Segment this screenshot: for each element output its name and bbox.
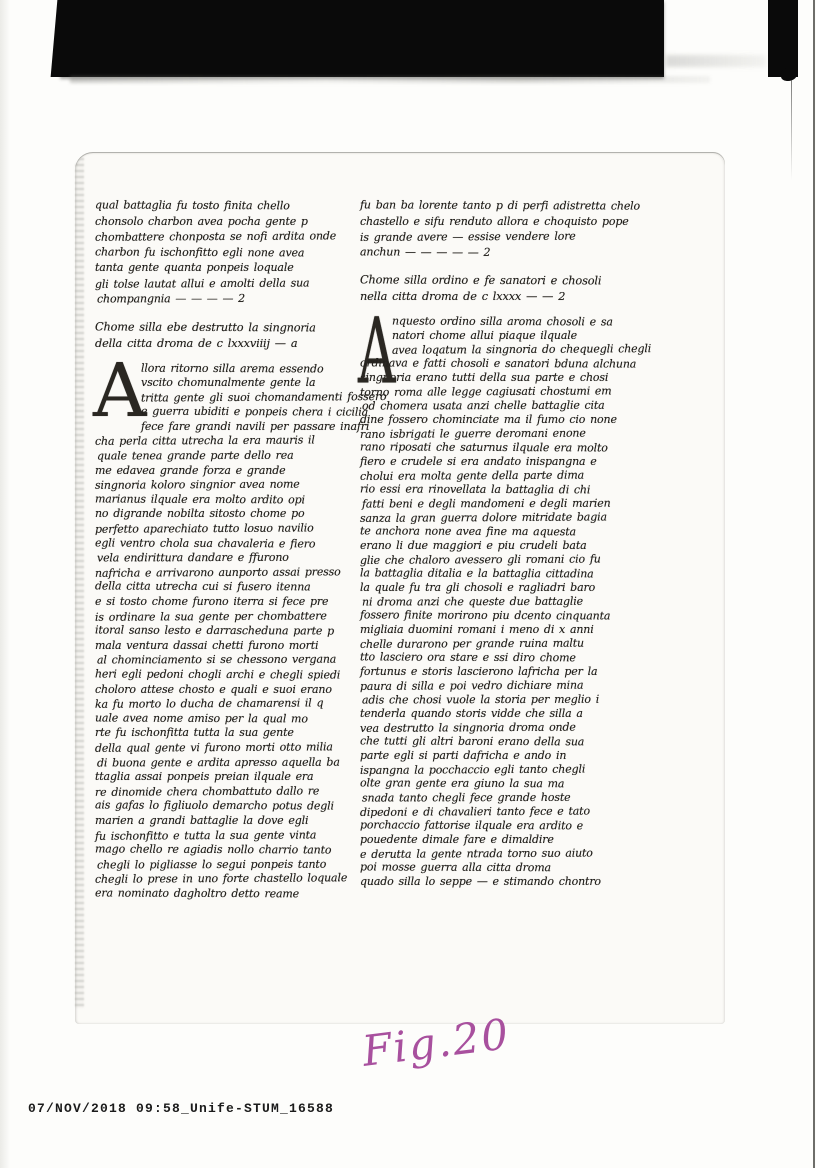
rubric-line: nella citta droma de c lxxxx — — 2 (360, 289, 660, 305)
manuscript-line: chompangnia — — — — 2 (97, 291, 355, 307)
manuscript-line: heri egli pedoni chogli archi e chegli s… (95, 667, 353, 683)
rubric-line: Chome silla ebe destrutto la singnoria (95, 319, 353, 336)
scanned-document-page: 204 qual battaglia fu tosto finita chell… (0, 0, 816, 1168)
scan-left-edge-shade (0, 0, 10, 1168)
manuscript-line: marianus ilquale era molto ardito opi (95, 492, 353, 508)
manuscript-line: chegli lo pigliasse lo segui ponpeis tan… (97, 857, 355, 872)
scanner-smear (70, 76, 710, 83)
scanner-ink-blob (781, 68, 797, 81)
manuscript-line: gli tolse lautat allui e amolti della su… (95, 275, 353, 292)
scan-timestamp: 07/NOV/2018 09:58_Unife-STUM_16588 (28, 1101, 334, 1116)
manuscript-line: rano riposati che saturnus ilquale era m… (360, 440, 660, 455)
manuscript-line: charbon fu ischonfitto egli none avea (95, 244, 353, 261)
manuscript-line: quale tenea grande parte dello rea (97, 449, 355, 464)
manuscript-line: vea destrutto la singnoria droma onde (360, 720, 660, 736)
manuscript-line: al chominciamento si se chessono vergana (97, 653, 355, 668)
manuscript-line: is grande avere — essise vendere lore (360, 228, 660, 245)
rubric-line: Chome silla ordino e fe sanatori e choso… (360, 272, 660, 289)
manuscript-line: fu ban ba lorente tanto p di perfi adist… (360, 197, 660, 214)
manuscript-line: singnoria erano tutti della sua parte e … (360, 371, 660, 385)
manuscript-line: olte gran gente era giuno la sua ma (360, 776, 660, 791)
manuscript-line: marien a grandi battaglie la dove egli (95, 814, 353, 829)
manuscript-line: egli ventro chola sua chavaleria e fiero (95, 536, 353, 552)
manuscript-line: perfetto aparechiato tutto losuo navilio (95, 521, 353, 537)
manuscript-line: la battaglia ditalia e la battaglia citt… (360, 566, 660, 581)
manuscript-line: nquesto ordino silla aroma chosoli e sa (360, 314, 660, 329)
manuscript-line: mala ventura dassai chetti furono morti (95, 639, 353, 654)
manuscript-line: fortunus e storis lascierono lafricha pe… (360, 665, 660, 679)
manuscript-line: od chomera usata anzi chelle battaglie c… (362, 398, 662, 413)
manuscript-line: ka fu morto lo ducha de chamarensi il q (95, 696, 353, 712)
manuscript-line: anchun — — — — — 2 (360, 244, 660, 261)
manuscript-line: tenderla quando storis vidde che silla a (360, 707, 660, 721)
manuscript-line: erano li due maggiori e piu crudeli bata (360, 539, 660, 553)
manuscript-line: dine fossero chominciate ma il fumo cio … (360, 413, 660, 427)
scanner-smudge (666, 55, 766, 67)
manuscript-line: la quale fu tra gli chosoli e ragliadri … (360, 581, 660, 595)
manuscript-line: cha perla citta utrecha la era mauris il (95, 434, 353, 450)
manuscript-line: che tutti gli altri baroni erano della s… (360, 734, 660, 749)
manuscript-line: choloro attese chosto e quali e suoi era… (95, 683, 353, 698)
manuscript-line: paura di silla e poi vedro dichiare mina (360, 678, 660, 694)
manuscript-line: fossero finite morirono piu dcento cinqu… (360, 608, 660, 623)
manuscript-line: llora ritorno silla arema essendo (95, 361, 353, 377)
manuscript-column-left: qual battaglia fu tosto finita chellocho… (95, 198, 353, 901)
page-gutter-shadow (75, 158, 84, 1008)
manuscript-line: mago chello re agiadis nollo charrio tan… (95, 843, 353, 859)
manuscript-line: cholui era molta gente della parte dima (360, 468, 660, 484)
manuscript-line: glie che chaloro avessero gli romani cio… (360, 552, 660, 568)
left-body-lines: llora ritorno silla arema essendovscito … (95, 362, 353, 902)
scanner-black-block (768, 0, 798, 77)
manuscript-line: tto lasciero ora stare e ssi diro chome (360, 650, 660, 665)
manuscript-line: fatti beni e degli mandomeni e degli mar… (362, 496, 662, 511)
manuscript-line: chelle durarono per grande ruina maltu (360, 636, 660, 652)
manuscript-line: qual battaglia fu tosto finita chello (95, 197, 353, 214)
manuscript-line: rano isbrigati le guerre deromani enone (360, 426, 660, 442)
manuscript-line: fiero e crudele si era andato inispangna… (360, 455, 660, 469)
manuscript-line: uale avea nome amiso per la qual mo (95, 711, 353, 727)
manuscript-line: ni droma anzi che queste due battaglie (362, 594, 662, 609)
manuscript-line: e guerra ubiditi e ponpeis chera i cicil… (95, 405, 353, 421)
manuscript-line: chegli lo prese in uno forte chastello l… (95, 871, 353, 887)
manuscript-line: tanta gente quanta ponpeis loquale (95, 260, 353, 276)
manuscript-line: avea loqatum la singnoria do chequegli c… (360, 342, 660, 358)
manuscript-line: snada tanto chegli fece grande hoste (362, 790, 662, 805)
manuscript-line: parte egli si parti dafricha e ando in (360, 749, 660, 763)
manuscript-line: sanza la gran guerra dolore mitridate ba… (360, 510, 660, 526)
manuscript-line: rio essi era rinovellata la battaglia di… (360, 482, 660, 497)
manuscript-line: era nominato dagholtro detto reame (95, 886, 353, 902)
manuscript-line: singnoria koloro singnior avea nome (95, 477, 353, 493)
manuscript-line: torno roma alle legge cagiusati chostumi… (360, 384, 660, 400)
manuscript-page: qual battaglia fu tosto finita chellocho… (75, 152, 725, 1024)
manuscript-line: rte fu ischonfitta tutta la sua gente (95, 726, 353, 741)
manuscript-line: migliaia duomini romani i meno di x anni (360, 623, 660, 637)
manuscript-line: dipedoni e di chavalieri tanto fece e ta… (360, 804, 660, 820)
manuscript-line: chombattere chonposta se nofi ardita ond… (95, 228, 353, 245)
right-chapter-rubric: Chome silla ordino e fe sanatori e choso… (360, 273, 660, 305)
manuscript-line: chastello e sifu renduto allora e choqui… (360, 214, 660, 230)
manuscript-line: della qual gente vi furono morti otto mi… (95, 740, 353, 756)
manuscript-line: fu ischonfitto e tutta la sua gente vint… (95, 828, 353, 844)
scanner-thread-line (791, 80, 792, 180)
left-chapter-body: A llora ritorno silla arema essendovscit… (95, 362, 353, 902)
manuscript-line: te anchora none avea fine ma aquesta (360, 524, 660, 539)
manuscript-line: quado silla lo seppe — e stimando chontr… (360, 875, 660, 889)
manuscript-line: itoral sanso lesto e darrascheduna parte… (95, 624, 353, 640)
manuscript-line: e si tosto chome furono iterra si fece p… (95, 595, 353, 610)
manuscript-line: chonsolo charbon avea pocha gente p (95, 214, 353, 230)
left-chapter-rubric: Chome silla ebe destrutto la singnoriade… (95, 320, 353, 352)
right-closing-paragraph: fu ban ba lorente tanto p di perfi adist… (360, 198, 660, 260)
manuscript-line: e derutta la gente ntrada torno suo aiut… (360, 846, 660, 862)
manuscript-line: is ordinare la sua gente per chombattere (95, 609, 353, 625)
manuscript-line: me edavea grande forza e grande (95, 464, 353, 479)
manuscript-line: ais gafas lo figliuolo demarcho potus de… (95, 799, 353, 815)
manuscript-line: della citta utrecha cui si fusero itenna (95, 580, 353, 596)
right-body-lines: nquesto ordino silla aroma chosoli e san… (360, 315, 660, 889)
manuscript-line: adis che chosi vuole la storia per megli… (362, 692, 662, 707)
manuscript-line: ttaglia assai ponpeis preian ilquale era (95, 770, 353, 785)
manuscript-line: poi mosse guerra alla citta droma (360, 860, 660, 875)
manuscript-column-right: fu ban ba lorente tanto p di perfi adist… (360, 198, 660, 889)
scan-right-edge-line (813, 0, 815, 1168)
manuscript-line: no digrande nobilta sitosto chome po (95, 507, 353, 522)
manuscript-line: natori chome allui piaque ilquale (360, 329, 660, 343)
manuscript-line: ordinava e fatti chosoli e sanatori bdun… (360, 356, 660, 371)
manuscript-line: di buona gente e ardita apresso aquella … (97, 755, 355, 770)
manuscript-line: ispangna la pocchaccio egli tanto chegli (360, 762, 660, 778)
right-chapter-body: A nquesto ordino silla aroma chosoli e s… (360, 315, 660, 889)
left-closing-paragraph: qual battaglia fu tosto finita chellocho… (95, 198, 353, 307)
manuscript-line: pouedente dimale fare e dimaldire (360, 833, 660, 847)
manuscript-line: porchaccio fattorise ilquale era ardito … (360, 818, 660, 833)
scanner-black-band (60, 0, 664, 77)
manuscript-line: vela endirittura dandare e ffurono (97, 551, 355, 566)
